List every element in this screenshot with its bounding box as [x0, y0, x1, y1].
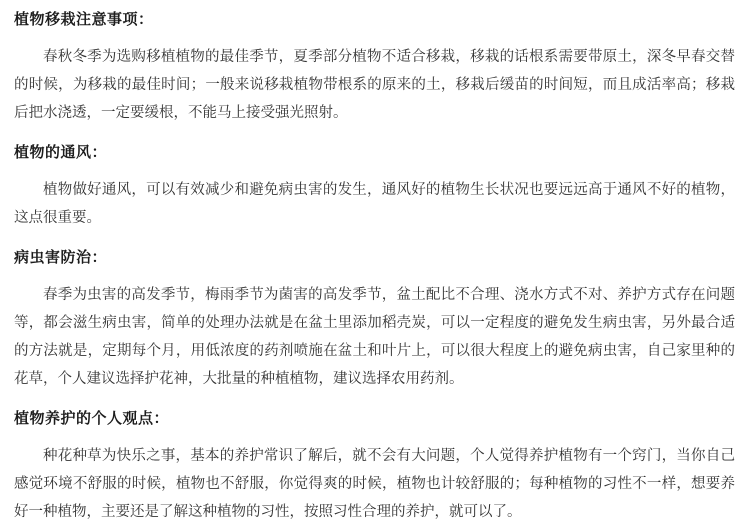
section-personal-view: 植物养护的个人观点： 种花种草为快乐之事，基本的养护常识了解后，就不会有大问题，… — [14, 409, 735, 526]
section-paragraph-ventilation: 植物做好通风，可以有效减少和避免病虫害的发生，通风好的植物生长状况也要远远高于通… — [14, 176, 735, 232]
section-title-ventilation: 植物的通风： — [14, 143, 735, 163]
section-transplant-notes: 植物移栽注意事项： 春秋冬季为选购移植植物的最佳季节，夏季部分植物不适合移栽，移… — [14, 10, 735, 127]
section-paragraph-pest-control: 春季为虫害的高发季节，梅雨季节为菌害的高发季节，盆土配比不合理、浇水方式不对、养… — [14, 281, 735, 393]
section-pest-control: 病虫害防治： 春季为虫害的高发季节，梅雨季节为菌害的高发季节，盆土配比不合理、浇… — [14, 248, 735, 393]
section-ventilation: 植物的通风： 植物做好通风，可以有效减少和避免病虫害的发生，通风好的植物生长状况… — [14, 143, 735, 232]
section-paragraph-transplant-notes: 春秋冬季为选购移植植物的最佳季节，夏季部分植物不适合移栽，移栽的话根系需要带原土… — [14, 43, 735, 127]
section-title-transplant-notes: 植物移栽注意事项： — [14, 10, 735, 30]
section-title-pest-control: 病虫害防治： — [14, 248, 735, 268]
plant-care-document: 植物移栽注意事项： 春秋冬季为选购移植植物的最佳季节，夏季部分植物不适合移栽，移… — [0, 0, 750, 528]
section-paragraph-personal-view: 种花种草为快乐之事，基本的养护常识了解后，就不会有大问题，个人觉得养护植物有一个… — [14, 442, 735, 526]
section-title-personal-view: 植物养护的个人观点： — [14, 409, 735, 429]
